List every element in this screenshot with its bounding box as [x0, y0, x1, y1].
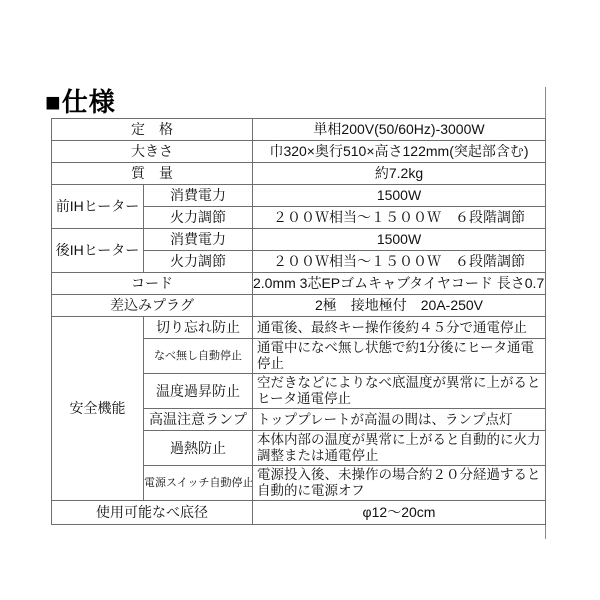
spec-label-size: 大きさ [52, 141, 253, 163]
spec-label-overtemp: 温度過昇防止 [144, 374, 253, 409]
spec-value-plug: 2極 接地極付 20A-250V [253, 295, 546, 317]
spec-label-plug: 差込みプラグ [52, 295, 253, 317]
spec-value-size: 巾320×奥行510×高さ122mm(突起部含む) [253, 141, 546, 163]
spec-label-hot-lamp: 高温注意ランプ [144, 409, 253, 431]
table-row: 質 量 約7.2kg [52, 163, 546, 185]
spec-label-rating: 定 格 [52, 119, 253, 141]
table-row: 安全機能 切り忘れ防止 通電後、最終キー操作後約４５分で通電停止 [52, 317, 546, 339]
table-row: 前IHヒーター 消費電力 1500W [52, 185, 546, 207]
spec-label-power-switch-auto-stop: 電源スイッチ自動停止 [144, 466, 253, 501]
spec-group-safety: 安全機能 [52, 317, 144, 501]
spec-value-hot-lamp: トッププレートが高温の間は、ランプ点灯 [253, 409, 546, 431]
spec-value-cord: 2.0mm 3芯EPゴムキャブタイヤコード 長さ0.7m [253, 273, 546, 295]
spec-label-no-pan-stop: なべ無し自動停止 [144, 339, 253, 374]
spec-value-overheat: 本体内部の温度が異常に上がると自動的に火力調整または通電停止 [253, 431, 546, 466]
spec-label-front-heat-adjust: 火力調節 [144, 207, 253, 229]
spec-value-auto-off: 通電後、最終キー操作後約４５分で通電停止 [253, 317, 546, 339]
page-title: ■仕様 [45, 82, 116, 119]
spec-label-rear-heat-adjust: 火力調節 [144, 251, 253, 273]
table-row: 定 格 単相200V(50/60Hz)-3000W [52, 119, 546, 141]
spec-value-overtemp: 空だきなどによりなべ底温度が異常に上がるとヒータ通電停止 [253, 374, 546, 409]
spec-value-rear-heat-adjust: ２００Ｗ相当～１５００Ｗ ６段階調節 [253, 251, 546, 273]
spec-table: 定 格 単相200V(50/60Hz)-3000W 大きさ 巾320×奥行510… [51, 118, 546, 525]
spec-value-rating: 単相200V(50/60Hz)-3000W [253, 119, 546, 141]
table-row: 差込みプラグ 2極 接地極付 20A-250V [52, 295, 546, 317]
spec-label-front-power: 消費電力 [144, 185, 253, 207]
spec-label-auto-off: 切り忘れ防止 [144, 317, 253, 339]
spec-label-weight: 質 量 [52, 163, 253, 185]
table-row: 使用可能なべ底径 φ12～20cm [52, 501, 546, 525]
spec-value-front-power: 1500W [253, 185, 546, 207]
spec-value-weight: 約7.2kg [253, 163, 546, 185]
table-row: 大きさ 巾320×奥行510×高さ122mm(突起部含む) [52, 141, 546, 163]
table-row: コード 2.0mm 3芯EPゴムキャブタイヤコード 長さ0.7m [52, 273, 546, 295]
spec-group-front-ih: 前IHヒーター [52, 185, 144, 229]
spec-label-pan-diameter: 使用可能なべ底径 [52, 501, 253, 525]
spec-value-no-pan-stop: 通電中になべ無し状態で約1分後にヒータ通電停止 [253, 339, 546, 374]
spec-value-rear-power: 1500W [253, 229, 546, 251]
table-row: 後IHヒーター 消費電力 1500W [52, 229, 546, 251]
spec-label-cord: コード [52, 273, 253, 295]
spec-value-power-switch-auto-stop: 電源投入後、未操作の場合約２０分経過すると自動的に電源オフ [253, 466, 546, 501]
spec-label-overheat: 過熱防止 [144, 431, 253, 466]
spec-value-front-heat-adjust: ２００Ｗ相当～１５００Ｗ ６段階調節 [253, 207, 546, 229]
spec-group-rear-ih: 後IHヒーター [52, 229, 144, 273]
spec-value-pan-diameter: φ12～20cm [253, 501, 546, 525]
spec-label-rear-power: 消費電力 [144, 229, 253, 251]
